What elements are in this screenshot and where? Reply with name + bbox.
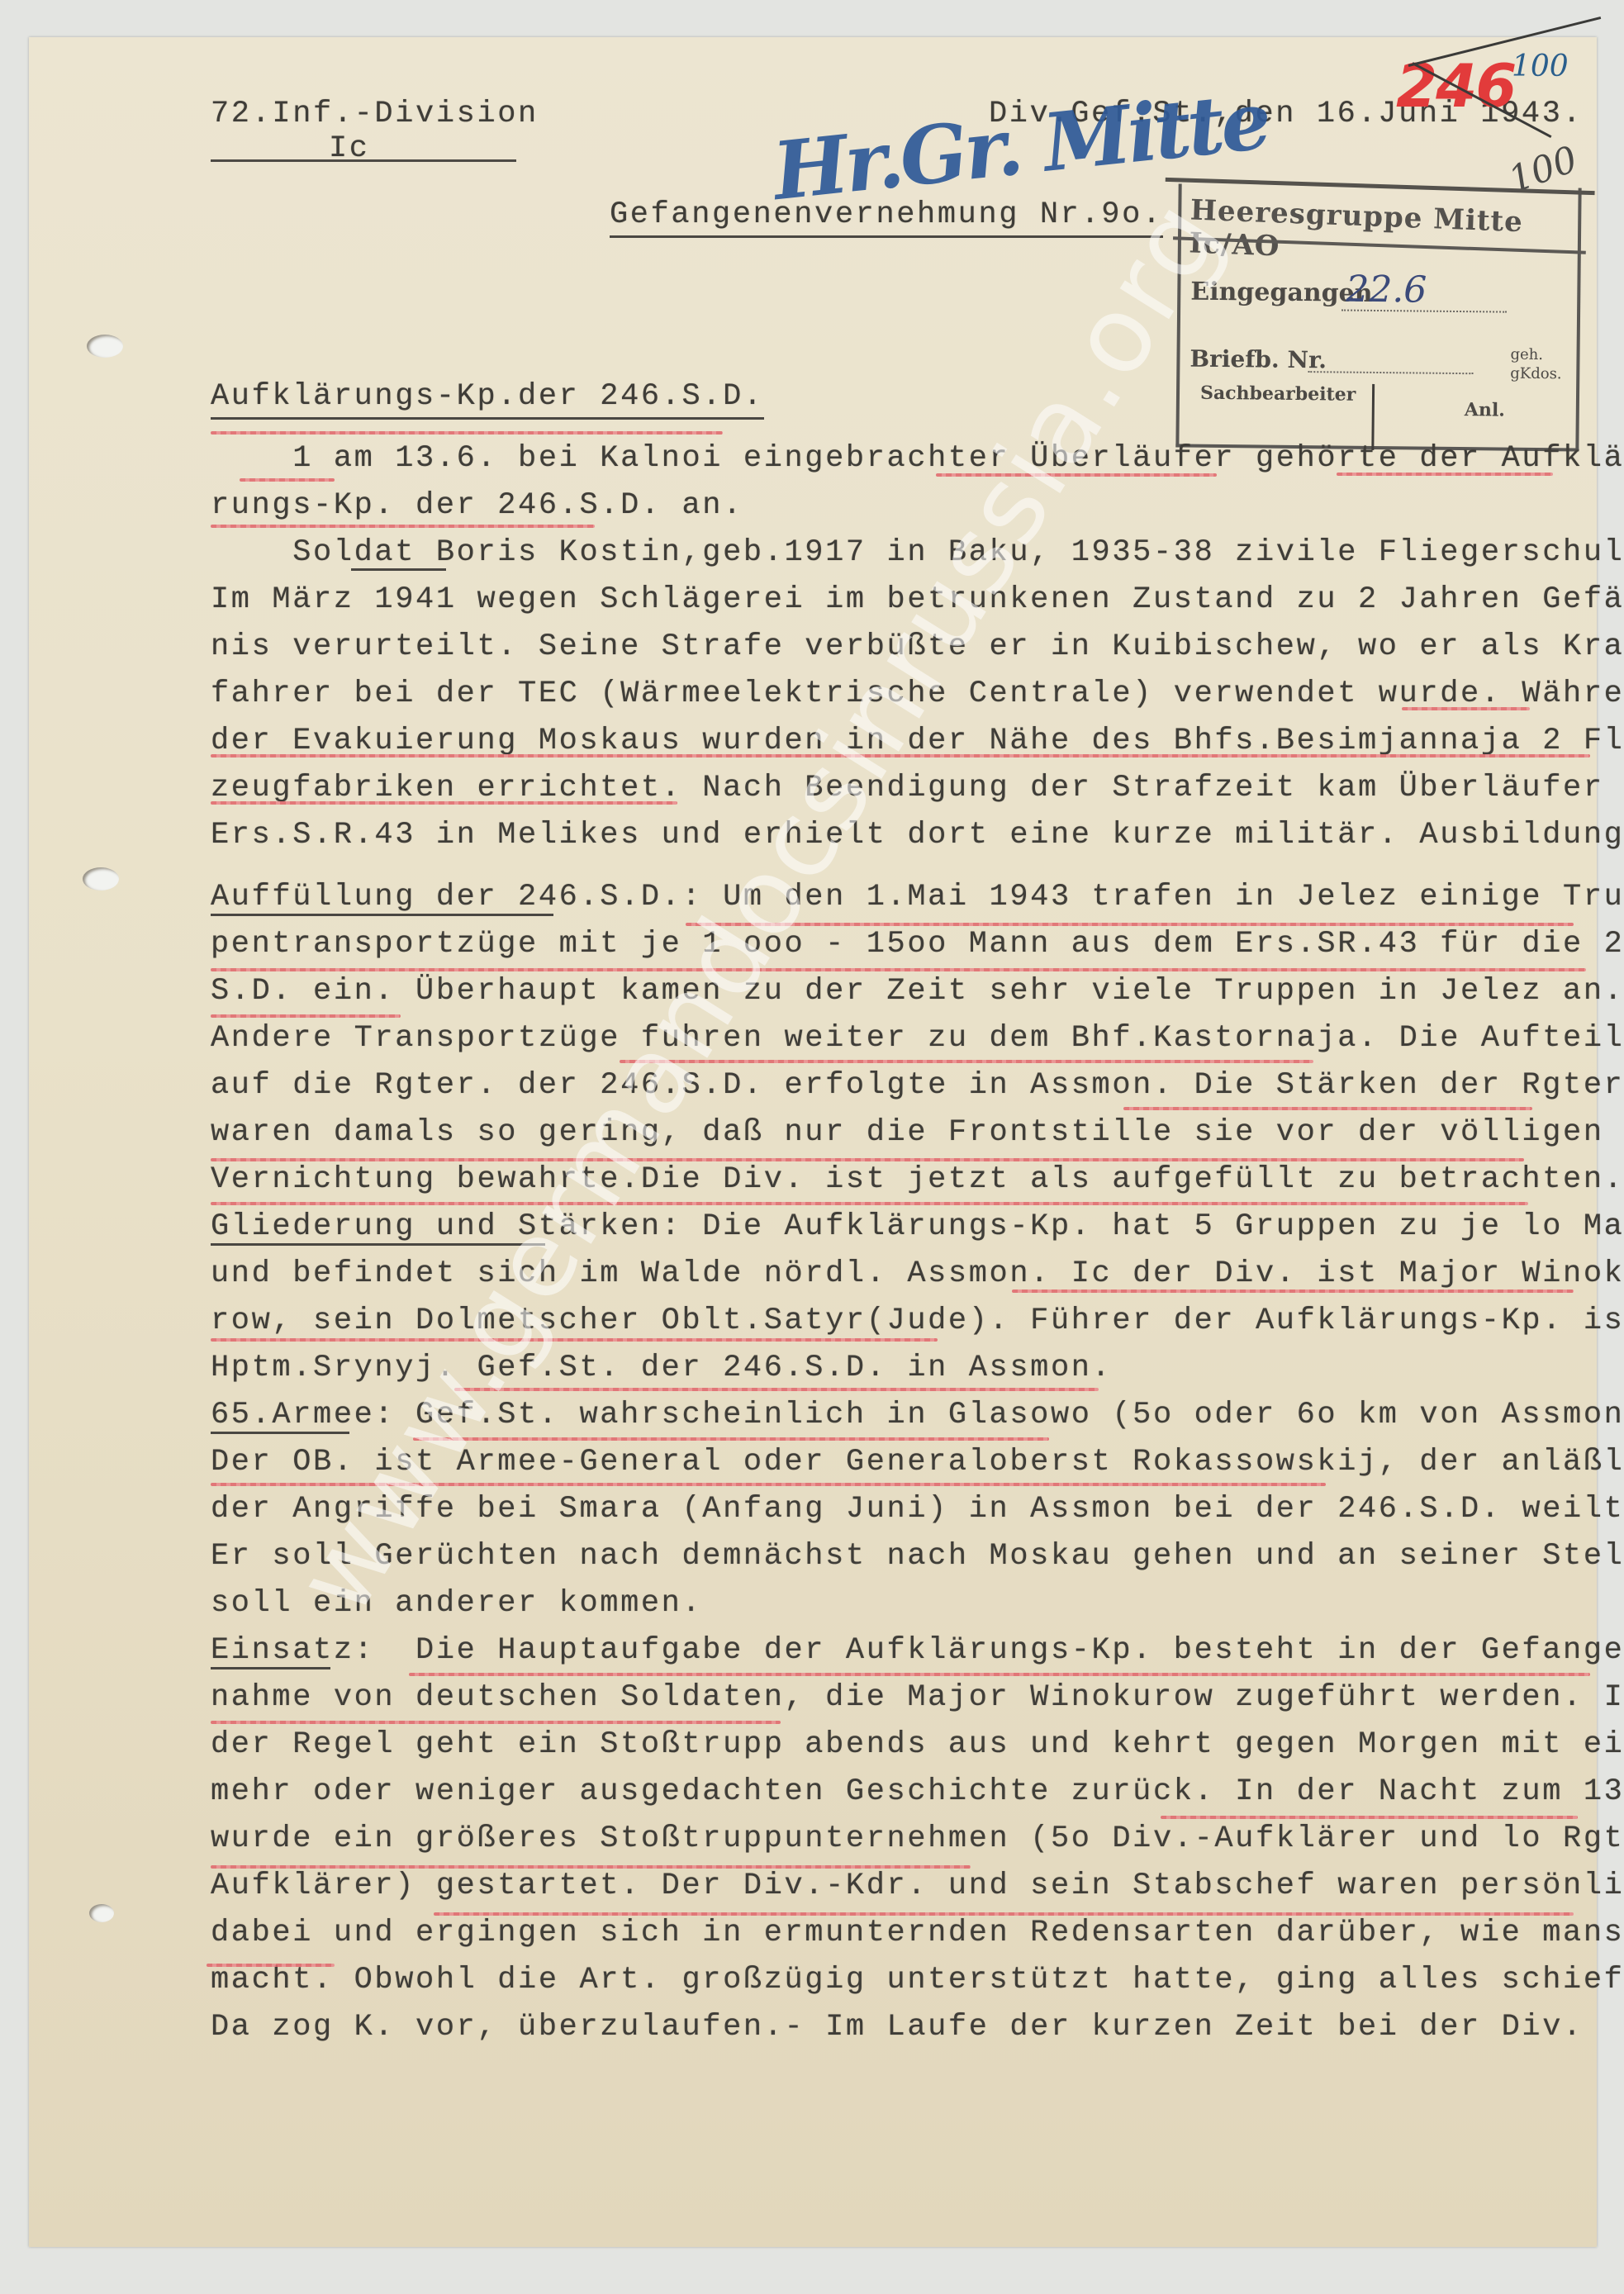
- body-line: Vernichtung bewahrte.Die Div. ist jetzt …: [211, 1165, 1624, 1195]
- body-line: 1 am 13.6. bei Kalnoi eingebrachter Über…: [211, 444, 1624, 474]
- body-line: dabei und ergingen sich in ermunternden …: [211, 1918, 1624, 1949]
- body-line: Hptm.Srynyj. Gef.St. der 246.S.D. in Ass…: [211, 1353, 1112, 1384]
- punch-hole: [83, 867, 119, 891]
- body-line: nahme von deutschen Soldaten, die Major …: [211, 1683, 1624, 1713]
- heading-underline: [211, 1432, 349, 1434]
- body-line: zeugfabriken errichtet. Nach Beendigung …: [211, 773, 1624, 804]
- red-underline: [240, 478, 335, 482]
- name-underline: [351, 568, 446, 571]
- stamp-clerk-label: Sachbearbeiter: [1200, 382, 1356, 406]
- red-underline: [211, 1865, 971, 1869]
- body-line: Andere Transportzüge fuhren weiter zu de…: [211, 1024, 1624, 1054]
- red-underline: [409, 1673, 1590, 1676]
- body-line: auf die Rgter. der 246.S.D. erfolgte in …: [211, 1071, 1624, 1101]
- body-line: Da zog K. vor, überzulaufen.- Im Laufe d…: [211, 2012, 1584, 2043]
- red-underline: [1012, 1289, 1574, 1293]
- body-line: und befindet sich im Walde nördl. Assmon…: [211, 1259, 1624, 1289]
- body-line: soll ein anderer kommen.: [211, 1589, 702, 1619]
- red-underline: [207, 1964, 335, 1967]
- heading-underline: [211, 1667, 330, 1669]
- body-line: Auffüllung der 246.S.D.: Um den 1.Mai 19…: [211, 882, 1624, 913]
- body-line: Ers.S.R.43 in Melikes und erhielt dort e…: [211, 820, 1624, 851]
- body-line: macht. Obwohl die Art. großzügig unterst…: [211, 1965, 1624, 1996]
- body-line: S.D. ein. Überhaupt kamen zu der Zeit se…: [211, 976, 1624, 1007]
- red-underline: [454, 1388, 1099, 1391]
- stamp-classification: geh.: [1510, 346, 1543, 363]
- red-underline: [211, 1338, 938, 1342]
- red-underline: [211, 525, 595, 528]
- red-underline: [1123, 1107, 1532, 1110]
- stamp-journal-label: Briefb. Nr.: [1190, 345, 1327, 374]
- unit-name: 72.Inf.-Division: [211, 99, 539, 130]
- body-line: pentransportzüge mit je 1 ooo - 15oo Man…: [211, 929, 1624, 960]
- red-underline: [211, 801, 677, 805]
- body-line: der Regel geht ein Stoßtrupp abends aus …: [211, 1730, 1624, 1760]
- body-line: Einsatz: Die Hauptaufgabe der Aufklärung…: [211, 1636, 1624, 1666]
- red-underline: [211, 1014, 401, 1018]
- body-line: Gliederung und Stärken: Die Aufklärungs-…: [211, 1212, 1624, 1242]
- red-underline: [211, 1721, 781, 1724]
- red-underline: [211, 1158, 1524, 1161]
- red-underline: [434, 1912, 1574, 1916]
- heading-underline: [211, 914, 553, 916]
- red-underline: [1402, 707, 1530, 710]
- stamp-received-date: 22.6: [1346, 268, 1427, 311]
- receipt-stamp: Heeresgruppe Mitte Ic/AO Eingegangen 22.…: [1175, 183, 1581, 451]
- red-underline: [1337, 473, 1553, 476]
- red-underline: [1161, 1816, 1578, 1819]
- stamp-title: Heeresgruppe Mitte Ic/AO: [1189, 193, 1579, 273]
- body-line: Aufklärer) gestartet. Der Div.-Kdr. und …: [211, 1871, 1624, 1902]
- red-underline: [211, 431, 723, 435]
- red-underline: [211, 968, 1586, 971]
- body-line: wurde ein größeres Stoßtruppunternehmen …: [211, 1824, 1624, 1855]
- red-underline: [413, 1437, 1049, 1441]
- blue-superscript-number: 100: [1512, 50, 1569, 83]
- body-line: waren damals so gering, daß nur die Fron…: [211, 1118, 1604, 1148]
- header-divider: [211, 159, 516, 162]
- body-line: rungs-Kp. der 246.S.D. an.: [211, 491, 743, 521]
- red-underline: [211, 1202, 1528, 1205]
- stamp-classification: gKdos.: [1510, 365, 1562, 383]
- section-heading: Aufklärungs-Kp.der 246.S.D.: [211, 379, 764, 420]
- stamp-attachments-label: Anl.: [1465, 399, 1505, 421]
- body-line: mehr oder weniger ausgedachten Geschicht…: [211, 1777, 1624, 1807]
- punch-hole: [87, 335, 123, 358]
- punch-hole: [89, 1904, 114, 1922]
